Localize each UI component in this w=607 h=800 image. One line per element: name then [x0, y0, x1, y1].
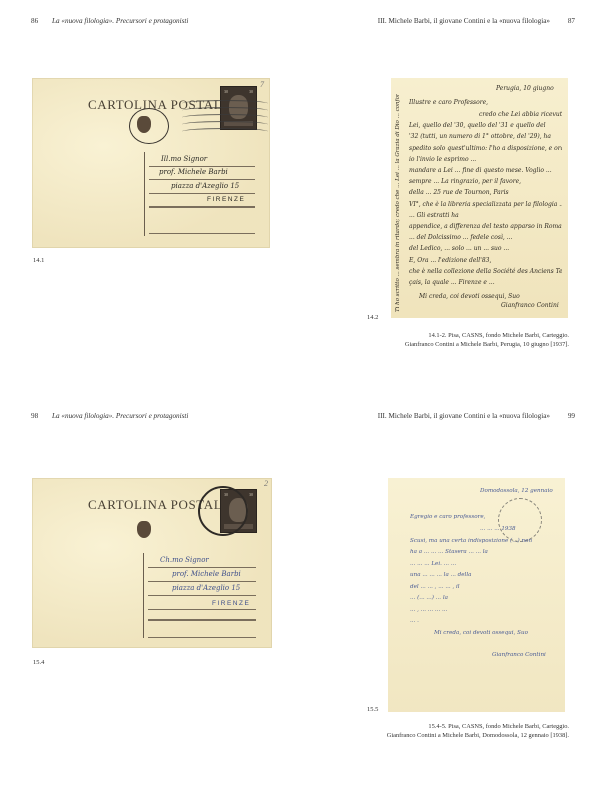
letter-line: E, Ora ... l'edizione dell'83,	[409, 256, 562, 266]
letter-image: Domodossola, 12 gennaio Egregio e caro p…	[388, 478, 565, 712]
letter-line: del ... ... , ... ... , il	[410, 582, 559, 592]
letter-line: çais, la quale ... Firenze e ...	[409, 278, 562, 288]
letter-line: ... ... ... Lei. ... ...	[410, 559, 559, 569]
stamp-value: 30	[224, 89, 228, 94]
letter-line: del Ledico, ... solo ... un ... suo ...	[409, 244, 562, 254]
address-area: Ill.mo Signor prof. Michele Barbi piazza…	[144, 152, 255, 236]
figure-label: 15.4	[33, 659, 44, 666]
address-line: prof. Michele Barbi	[172, 570, 241, 578]
address-line: Ill.mo Signor	[161, 155, 207, 163]
figure-caption: 14.1-2. Pisa, CASNS, fondo Michele Barbi…	[405, 331, 569, 349]
address-line: Ch.mo Signor	[160, 556, 209, 564]
address-line: prof. Michele Barbi	[159, 168, 228, 176]
letter-line: io l'invio le esprimo ...	[409, 155, 562, 165]
address-line: piazza d'Azeglio 15	[172, 584, 240, 592]
letter-line: ... Gli estratti ha	[409, 211, 562, 221]
letter-line: VI°, che è la libreria specializzata per…	[409, 200, 562, 210]
page-number: 99	[568, 411, 575, 421]
letter-line: ... (... ...) ... la	[410, 593, 559, 603]
letter-line: della ... 25 rue de Tournon, Paris	[409, 188, 562, 198]
figure-caption: 15.4-5. Pisa, CASNS, fondo Michele Barbi…	[387, 722, 569, 740]
letter-dateline: Perugia, 10 giugno	[496, 84, 554, 94]
spread-bottom: 98 La «nuova filologia». Precursori e pr…	[0, 395, 607, 795]
address-city: FIRENZE	[212, 600, 250, 607]
letter-image: Ti ho scritto ... sembra in ritardo; cre…	[391, 78, 568, 318]
letter-closing: Mi creda, coi devoti ossequi, Suo	[434, 628, 528, 638]
postcard-image: CARTOLINA POSTALE 2 30 30 Ch.mo Signor p…	[32, 478, 272, 648]
archive-number: 7	[260, 80, 264, 89]
crest-icon	[137, 116, 151, 133]
letter-line: spedito solo quest'ultimo: l'ho a dispos…	[409, 144, 562, 154]
page-number: 87	[568, 16, 575, 26]
letter-line: Scusi, ma una certa indisposizione (...)…	[410, 536, 559, 546]
figure-label: 14.1	[33, 257, 44, 264]
postcard-image: CARTOLINA POSTALE 7 30 30 Ill.mo Signor …	[32, 78, 270, 248]
letter-line: appendice, a differenza del testo appars…	[409, 222, 562, 232]
letter-line: mandare a Lei ... fine di questo mese. V…	[409, 166, 562, 176]
running-head: III. Michele Barbi, il giovane Contini e…	[378, 411, 550, 421]
letter-dateline: Domodossola, 12 gennaio	[480, 486, 553, 496]
archive-number: 2	[264, 479, 268, 488]
running-head: La «nuova filologia». Precursori e prota…	[52, 16, 188, 26]
letter-salutation: Illustre e caro Professore,	[409, 98, 488, 108]
letter-line: sempre ... La ringrazio, per il favore,	[409, 177, 562, 187]
letter-line: ... , ... ... ... ...	[410, 605, 559, 615]
address-city: FIRENZE	[207, 196, 245, 203]
running-head: III. Michele Barbi, il giovane Contini e…	[378, 16, 550, 26]
letter-salutation: Egregio e caro professore,	[410, 512, 485, 522]
letter-line: una ... ... ... la ... della	[410, 570, 559, 580]
letter-signature: Gianfranco Contini	[501, 301, 559, 311]
page-number: 98	[31, 411, 38, 421]
crest-icon	[137, 521, 151, 538]
letter-line: ... .	[410, 616, 559, 626]
spread-top: 86 La «nuova filologia». Precursori e pr…	[0, 0, 607, 400]
letter-signature: Gianfranco Contini	[492, 650, 546, 660]
postmark-icon	[198, 486, 248, 536]
figure-label: 14.2	[367, 314, 378, 321]
letter-line: ... del Dolcissimo ... fedele così, ...	[409, 233, 562, 243]
address-area: Ch.mo Signor prof. Michele Barbi piazza …	[143, 553, 256, 638]
letter-line: credo che Lei abbia ricevuto dal	[479, 110, 562, 120]
letter-line: ... ... ... 1938	[480, 524, 559, 534]
page-number: 86	[31, 16, 38, 26]
letter-line: ha a ... ... ... Stasera ... ... la	[410, 547, 559, 557]
letter-line: '32 (tutti, un numero di 1° ottobre, del…	[409, 132, 562, 142]
letter-line: che è nella collezione della Société des…	[409, 267, 562, 277]
address-line: piazza d'Azeglio 15	[171, 182, 239, 190]
running-head: La «nuova filologia». Precursori e prota…	[52, 411, 188, 421]
letter-line: Lei, quello del '30, quello del '31 e qu…	[409, 121, 562, 131]
figure-label: 15.5	[367, 706, 378, 713]
